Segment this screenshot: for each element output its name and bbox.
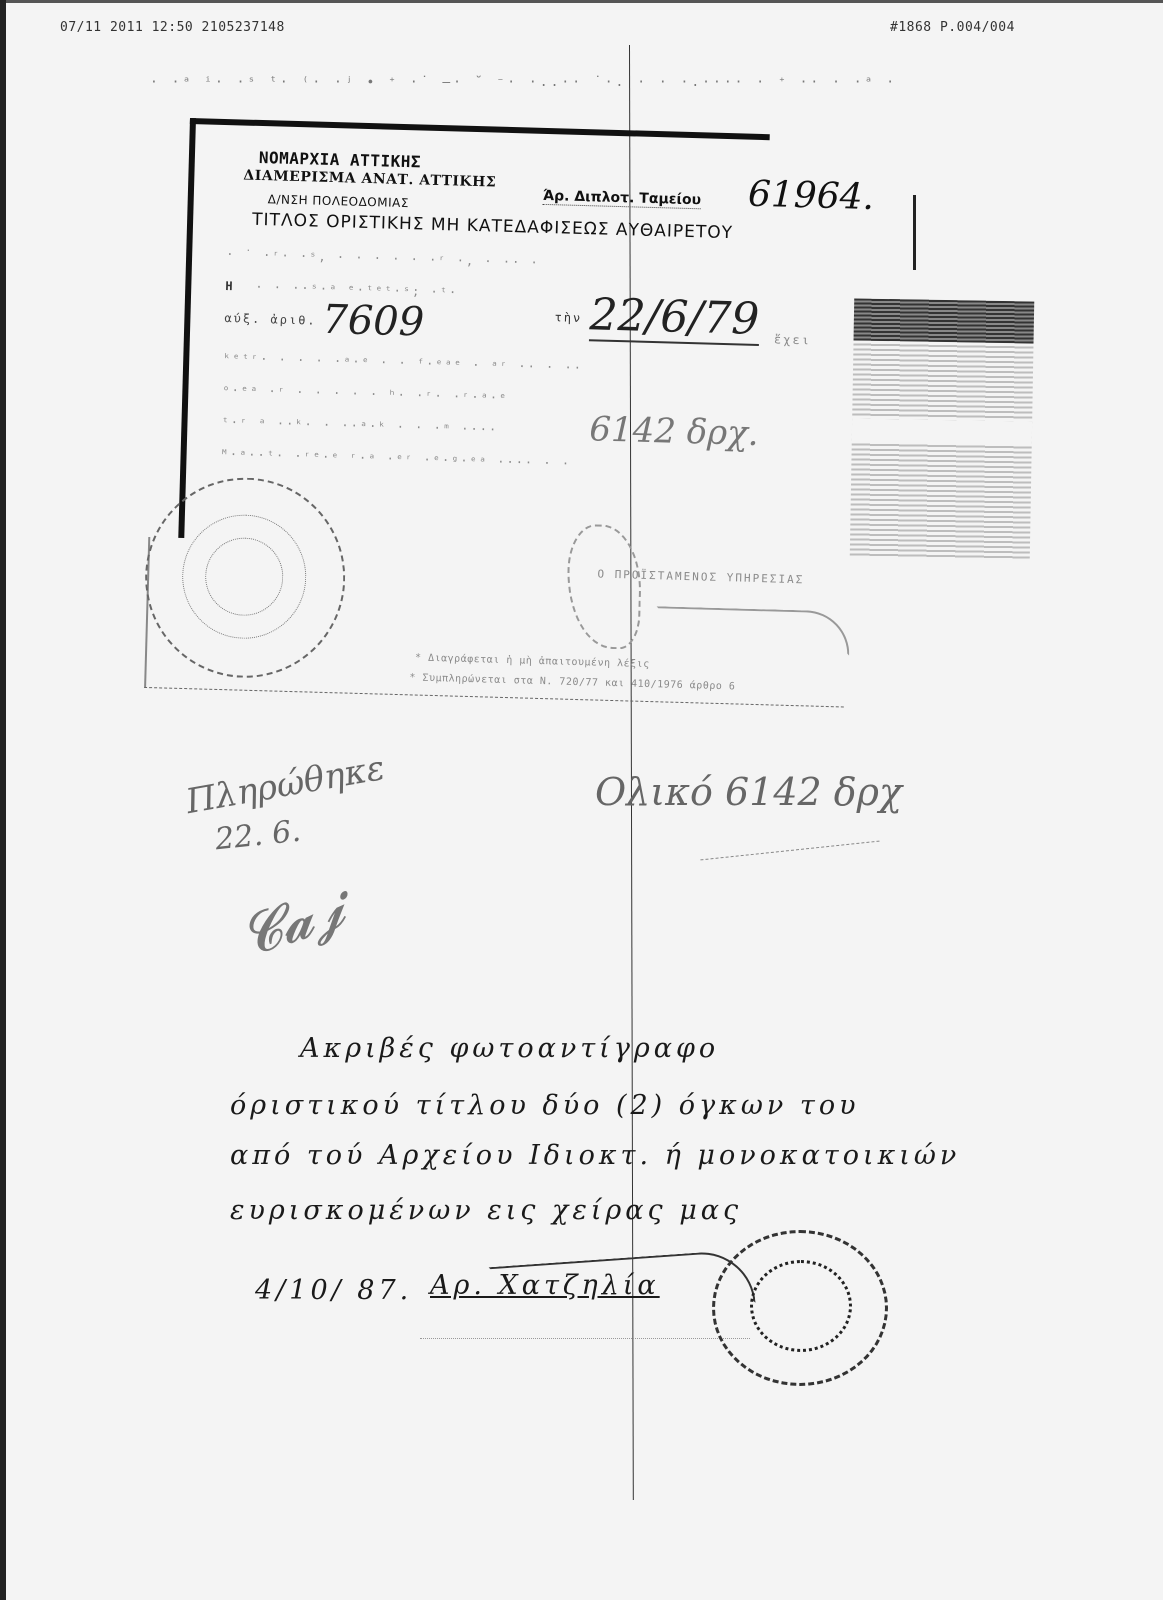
handwritten-paid-note: Πληρώθηκε [183,748,388,822]
seal-inner-ring [750,1260,852,1352]
form-faint-line: · ˙ ·ʳ· ·ˢ, · · · · · ·ʳ ·, · ·· · [226,247,540,270]
certification-line: ευρισκομένων εις χείρας μας [230,1195,742,1226]
scan-noise: · ·ᵃ ⁱ· ·ˢ ᵗ· ⁽· ·ʲ ∙ ⁺ ·˙ —· ˘ ⁻· ·..··… [150,75,1020,120]
form-faint-line: ᵗ·ʳ ᵃ ··ᵏ· · ··ᵃ·ᵏ · · ·ᵐ ···· [221,415,498,437]
authority-department: ΔΙΑΜΕΡΙΣΜΑ ΑΝΑΤ. ΑΤΤΙΚΗΣ [243,168,496,191]
form-line-prefix: αύξ. ἀριθ. [224,311,317,328]
form-faint-line: ᴹ·ᵃ··ᵗ· ·ʳᵉ·ᵉ ʳ·ᵃ ·ᵉʳ ·ᵉ·ᵍ·ᵉᵃ ···· · · [220,447,571,471]
revenue-stamp-header [854,298,1035,343]
handwritten-paid-date: 22. 6. [213,814,302,858]
handwritten-total: Ολικό 6142 δρχ [595,770,902,814]
form-border [190,118,770,140]
revenue-stamp-icon [850,298,1034,559]
clerk-initials: 𝓒𝓪𝓳 [232,875,353,970]
certification-line: από τού Αρχείου Ιδιοκτ. ή μονοκατοικιών [230,1140,960,1171]
form-border [144,687,844,709]
handwritten-underline [700,841,879,862]
form-faint-line: · · ··ˢ·ᵃ ᵉ·ᵗᵉᵗ·ˢ; ·ᵗ· [255,280,458,300]
form-border [178,118,196,538]
scan-top-edge [0,0,1163,3]
handwritten-date: 22/6/79 [589,291,760,346]
fax-page-info: #1868 P.004/004 [890,20,1015,35]
fax-timestamp: 07/11 2011 12:50 2105237148 [60,20,285,35]
receipt-label: Άρ. Διπλοτ. Ταμείου [543,188,702,209]
form-faint-line: ᵒ·ᵉᵃ ·ʳ · · · · · ʰ· ·ʳ· ·ʳ·ᵃ·ᵉ [222,383,508,405]
scan-left-edge [0,0,6,1600]
date-suffix: ἔχει [774,332,811,347]
authority-directorate: Δ/ΝΣΗ ΠΟΛΕΟΔΟΜΙΑΣ [268,192,410,210]
document-title: ΤΙΤΛΟΣ ΟΡΙΣΤΙΚΗΣ ΜΗ ΚΑΤΕΔΑΦΙΣΕΩΣ ΑΥΘΑΙΡΕ… [252,210,733,243]
signature-swash [655,606,850,655]
handwritten-registry-number: 7609 [322,297,425,346]
margin-tick [913,195,916,270]
footnote: * Διαγράφεται ἡ μὴ ἀπαιτουμένη λέξις [415,652,650,670]
date-prefix: τὴν [554,310,582,325]
official-signature [565,524,642,650]
certification-date: 4/10/ 87. [255,1275,412,1306]
footnote: * Συμπληρώνεται στα Ν. 720/77 και 410/19… [409,672,735,692]
form-faint-line: ᵏᵉᵗʳ· · · · ·ᵃ·ᵉ · · ᶠ·ᵉᵃᵉ · ᵃʳ ·· · ·· [223,351,583,375]
certification-line: όριστικού τίτλου δύο (2) όγκων του [230,1090,860,1121]
dotted-line [420,1338,750,1340]
bottom-round-seal-icon [712,1230,888,1390]
receipt-number: 61964. [748,174,875,219]
revenue-stamp-gap [852,418,1032,445]
certification-line: Ακριβές φωτοαντίγραφο [300,1033,719,1064]
form-title-document: ΝΟΜΑΡΧΙΑ ΑΤΤΙΚΗΣ ΔΙΑΜΕΡΙΣΜΑ ΑΝΑΤ. ΑΤΤΙΚΗ… [173,118,869,737]
handwritten-amount: 6142 δρχ. [589,409,759,454]
form-line-prefix: Η [225,279,235,293]
